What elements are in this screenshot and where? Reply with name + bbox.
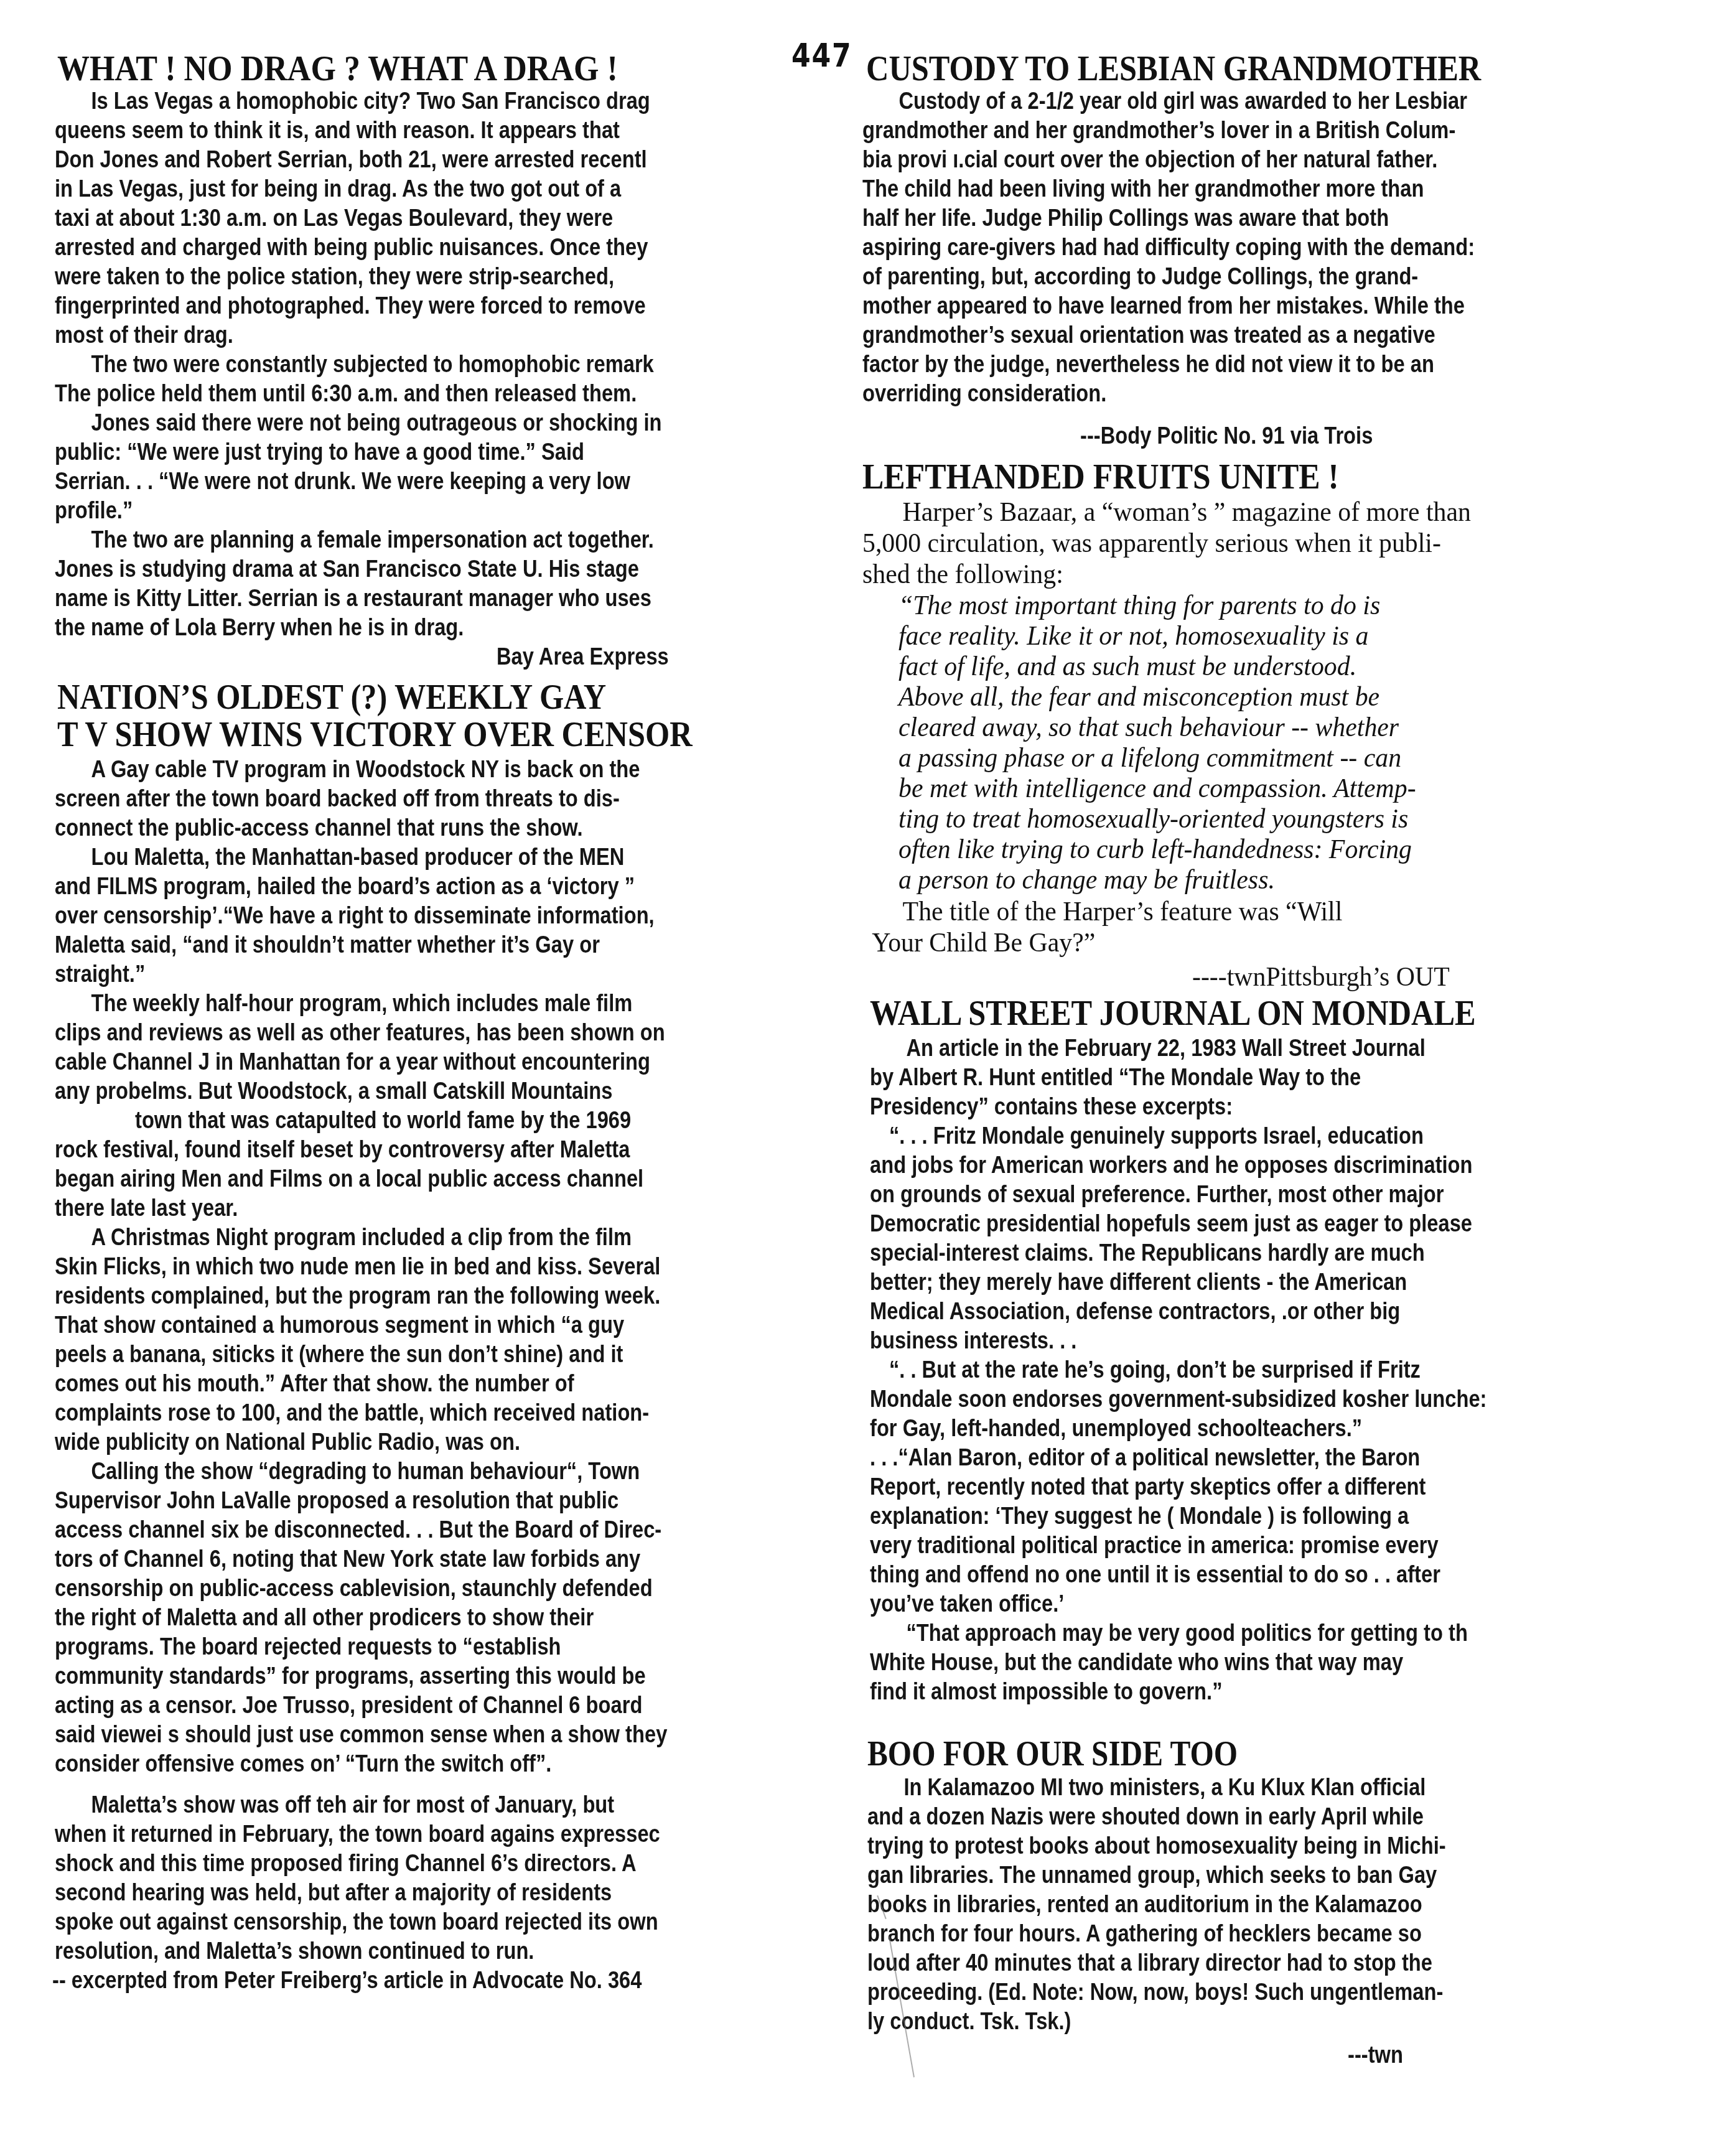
text-line: Report, recently noted that party skepti… [870, 1473, 1543, 1502]
lefthanded-closing: The title of the Harper’s feature was “W… [862, 896, 1653, 958]
text-line: The child had been living with her grand… [862, 175, 1542, 204]
text-line: That show contained a humorous segment i… [55, 1311, 713, 1340]
text-line: very traditional political practice in a… [870, 1531, 1543, 1561]
text-line: resolution, and Maletta’s shown continue… [55, 1937, 713, 1966]
text-line: explanation: ‘They suggest he ( Mondale … [870, 1502, 1543, 1531]
mondale-paragraph-1: An article in the February 22, 1983 Wall… [870, 1034, 1653, 1122]
text-line: branch for four hours. A gathering of he… [867, 1920, 1542, 1949]
text-line: clips and reviews as well as other featu… [55, 1019, 713, 1048]
text-line: White House, but the candidate who wins … [870, 1648, 1543, 1678]
quote-line: cleared away, so that such behaviour -- … [898, 712, 1615, 742]
text-line: for Gay, left-handed, unemployed schoolt… [870, 1414, 1543, 1444]
text-line: The police held them until 6:30 a.m. and… [55, 380, 713, 409]
text-line: The title of the Harper’s feature was “W… [862, 896, 1613, 927]
text-line: special-interest claims. The Republicans… [870, 1239, 1543, 1268]
quote-line: ting to treat homosexually-oriented youn… [898, 803, 1615, 834]
text-line: there late last year. [55, 1194, 713, 1223]
tv-paragraph-2: Lou Maletta, the Manhattan-based produce… [55, 843, 820, 989]
text-line: access channel six be disconnected. . . … [55, 1516, 713, 1545]
text-line: taxi at about 1:30 a.m. on Las Vegas Bou… [55, 204, 713, 233]
text-line: peels a banana, siticks it (where the su… [55, 1340, 713, 1370]
text-line: wide publicity on National Public Radio,… [55, 1428, 713, 1457]
quote-line: face reality. Like it or not, homosexual… [898, 620, 1615, 651]
text-line: trying to protest books about homosexual… [867, 1832, 1542, 1861]
lefthanded-intro: Harper’s Bazaar, a “woman’s ” magazine o… [862, 497, 1653, 590]
text-line: Your Child Be Gay?” [862, 927, 1613, 958]
text-line: business interests. . . [870, 1327, 1543, 1356]
text-line: when it returned in February, the town b… [55, 1820, 713, 1849]
text-line: profile.” [55, 497, 713, 526]
page-number: 447 [791, 37, 852, 75]
text-line: of parenting, but, according to Judge Co… [862, 263, 1542, 292]
text-line: gan libraries. The unnamed group, which … [867, 1861, 1542, 1890]
tv-paragraph-5: Calling the show “degrading to human beh… [55, 1457, 820, 1779]
text-line: censorship on public-access cablevision,… [55, 1574, 713, 1604]
quote-line: fact of life, and as such must be unders… [898, 651, 1615, 681]
text-line: Maletta’s show was off teh air for most … [55, 1791, 713, 1820]
text-line: public: “We were just trying to have a g… [55, 438, 713, 467]
text-line: The two are planning a female impersonat… [55, 526, 713, 555]
text-line: Jones said there were not being outrageo… [55, 409, 713, 438]
text-line: Custody of a 2-1/2 year old girl was awa… [862, 87, 1542, 116]
text-line: Supervisor John LaValle proposed a resol… [55, 1487, 713, 1516]
text-line: shed the following: [862, 559, 1613, 590]
text-line: said viewei s should just use common sen… [55, 1721, 713, 1750]
mondale-paragraph-4: “That approach may be very good politics… [870, 1619, 1653, 1707]
headline-custody: CUSTODY TO LESBIAN GRANDMOTHER [866, 51, 1481, 87]
text-line: connect the public-access channel that r… [55, 814, 713, 843]
text-line: rock festival, found itself beset by con… [55, 1136, 713, 1165]
text-line: cable Channel J in Manhattan for a year … [55, 1048, 713, 1077]
quote-line: “The most important thing for parents to… [898, 590, 1615, 620]
text-line: spoke out against censorship, the town b… [55, 1908, 713, 1937]
source-credit-bay-area-express: Bay Area Express [497, 643, 669, 672]
text-line: fingerprinted and photographed. They wer… [55, 292, 713, 321]
text-line: Medical Association, defense contractors… [870, 1297, 1543, 1327]
text-line: residents complained, but the program ra… [55, 1282, 713, 1311]
text-line: shock and this time proposed firing Chan… [55, 1849, 713, 1879]
text-line: Harper’s Bazaar, a “woman’s ” magazine o… [862, 497, 1613, 528]
text-line: complaints rose to 100, and the battle, … [55, 1399, 713, 1428]
text-line: better; they merely have different clien… [870, 1268, 1543, 1297]
text-line: bia provi ı.cial court over the objectio… [862, 146, 1542, 175]
drag-paragraph-2: The two were constantly subjected to hom… [55, 350, 820, 409]
text-line: mother appeared to have learned from her… [862, 292, 1542, 321]
text-line: consider offensive comes on’ “Turn the s… [55, 1750, 713, 1779]
source-credit-pittsburghs-out: ----twnPittsburgh’s OUT [1192, 961, 1450, 993]
text-line: and FILMS program, hailed the board’s ac… [55, 872, 713, 902]
text-line: find it almost impossible to govern.” [870, 1678, 1543, 1707]
text-line: and a dozen Nazis were shouted down in e… [867, 1803, 1542, 1832]
text-line: and jobs for American workers and he opp… [870, 1151, 1543, 1180]
boo-paragraph-1: In Kalamazoo MI two ministers, a Ku Klux… [867, 1773, 1653, 2037]
text-line: on grounds of sexual preference. Further… [870, 1180, 1543, 1210]
tv-paragraph-4: A Christmas Night program included a cli… [55, 1223, 820, 1457]
tv-paragraph-6: Maletta’s show was off teh air for most … [55, 1791, 820, 1966]
text-line: ly conduct. Tsk. Tsk.) [867, 2007, 1542, 2037]
harpers-quote: “The most important thing for parents to… [898, 590, 1653, 895]
text-line: straight.” [55, 960, 713, 989]
text-line: programs. The board rejected requests to… [55, 1633, 713, 1662]
text-line: Calling the show “degrading to human beh… [55, 1457, 713, 1487]
text-line: loud after 40 minutes that a library dir… [867, 1949, 1542, 1978]
text-line: Serrian. . . “We were not drunk. We were… [55, 467, 713, 497]
text-line: “That approach may be very good politics… [870, 1619, 1543, 1648]
quote-line: often like trying to curb left-handednes… [898, 834, 1615, 864]
text-line: name is Kitty Litter. Serrian is a resta… [55, 584, 713, 614]
source-credit-body-politic: ---Body Politic No. 91 via Trois [1080, 422, 1373, 451]
text-line: most of their drag. [55, 321, 713, 350]
text-line: The two were constantly subjected to hom… [55, 350, 713, 380]
text-line: over censorship’.“We have a right to dis… [55, 902, 713, 931]
text-line: Skin Flicks, in which two nude men lie i… [55, 1253, 713, 1282]
text-line: second hearing was held, but after a maj… [55, 1879, 713, 1908]
text-line: 5,000 circulation, was apparently seriou… [862, 528, 1613, 559]
text-line: An article in the February 22, 1983 Wall… [870, 1034, 1543, 1063]
text-line: A Christmas Night program included a cli… [55, 1223, 713, 1253]
headline-boo-for-our-side: BOO FOR OUR SIDE TOO [867, 1736, 1238, 1772]
text-line: any probelms. But Woodstock, a small Cat… [55, 1077, 713, 1106]
drag-paragraph-4: The two are planning a female impersonat… [55, 526, 820, 643]
quote-line: a passing phase or a lifelong commitment… [898, 742, 1615, 773]
custody-paragraph-1: Custody of a 2-1/2 year old girl was awa… [862, 87, 1653, 409]
text-line: thing and offend no one until it is esse… [870, 1561, 1543, 1590]
text-line: the right of Maletta and all other prodi… [55, 1604, 713, 1633]
text-line: overriding consideration. [862, 380, 1542, 409]
mondale-paragraph-3: “. . But at the rate he’s going, don’t b… [870, 1356, 1653, 1619]
text-line: books in libraries, rented an auditorium… [867, 1890, 1542, 1920]
text-line: acting as a censor. Joe Trusso, presiden… [55, 1691, 713, 1721]
text-line: the name of Lola Berry when he is in dra… [55, 614, 713, 643]
text-line: screen after the town board backed off f… [55, 785, 713, 814]
tv-paragraph-3: The weekly half-hour program, which incl… [55, 989, 820, 1223]
text-line: Presidency” contains these excerpts: [870, 1093, 1543, 1122]
text-line: town that was catapulted to world fame b… [55, 1106, 713, 1136]
tv-paragraph-1: A Gay cable TV program in Woodstock NY i… [55, 755, 820, 843]
drag-paragraph-3: Jones said there were not being outrageo… [55, 409, 820, 526]
text-line: Lou Maletta, the Manhattan-based produce… [55, 843, 713, 872]
newsletter-page: 447 WHAT ! NO DRAG ? WHAT A DRAG ! Is La… [0, 0, 1736, 2130]
headline-lefthanded-fruits: LEFTHANDED FRUITS UNITE ! [862, 459, 1339, 495]
text-line: Democratic presidential hopefuls seem ju… [870, 1210, 1543, 1239]
headline-nations-oldest-line-2: T V SHOW WINS VICTORY OVER CENSOR [57, 717, 693, 753]
quote-line: Above all, the fear and misconception mu… [898, 681, 1615, 712]
text-line: Maletta said, “and it shouldn’t matter w… [55, 931, 713, 960]
headline-nations-oldest-line-1: NATION’S OLDEST (?) WEEKLY GAY [57, 680, 606, 716]
text-line: . . .“Alan Baron, editor of a political … [870, 1444, 1543, 1473]
text-line: community standards” for programs, asser… [55, 1662, 713, 1691]
text-line: Mondale soon endorses government-subsidi… [870, 1385, 1543, 1414]
text-line: In Kalamazoo MI two ministers, a Ku Klux… [867, 1773, 1542, 1803]
text-line: queens seem to think it is, and with rea… [55, 116, 713, 146]
quote-line: a person to change may be fruitless. [898, 864, 1615, 895]
text-line: Is Las Vegas a homophobic city? Two San … [55, 87, 713, 116]
text-line: tors of Channel 6, noting that New York … [55, 1545, 713, 1574]
text-line: you’ve taken office.’ [870, 1590, 1543, 1619]
text-line: “. . . Fritz Mondale genuinely supports … [870, 1122, 1543, 1151]
quote-line: be met with intelligence and compassion.… [898, 773, 1615, 803]
text-line: in Las Vegas, just for being in drag. As… [55, 175, 713, 204]
text-line: “. . But at the rate he’s going, don’t b… [870, 1356, 1543, 1385]
source-credit-advocate: -- excerpted from Peter Freiberg’s artic… [52, 1966, 642, 1996]
text-line: comes out his mouth.” After that show. t… [55, 1370, 713, 1399]
text-line: by Albert R. Hunt entitled “The Mondale … [870, 1063, 1543, 1093]
text-line: arrested and charged with being public n… [55, 233, 713, 263]
text-line: Jones is studying drama at San Francisco… [55, 555, 713, 584]
text-line: grandmother and her grandmother’s lover … [862, 116, 1542, 146]
drag-paragraph-1: Is Las Vegas a homophobic city? Two San … [55, 87, 820, 350]
text-line: aspiring care-givers had had difficulty … [862, 233, 1542, 263]
text-line: Don Jones and Robert Serrian, both 21, w… [55, 146, 713, 175]
headline-what-no-drag: WHAT ! NO DRAG ? WHAT A DRAG ! [57, 51, 618, 87]
text-line: A Gay cable TV program in Woodstock NY i… [55, 755, 713, 785]
source-credit-twn: ---twn [1348, 2041, 1403, 2070]
text-line: were taken to the police station, they w… [55, 263, 713, 292]
mondale-paragraph-2: “. . . Fritz Mondale genuinely supports … [870, 1122, 1653, 1356]
headline-wall-street-journal: WALL STREET JOURNAL ON MONDALE [870, 996, 1476, 1032]
text-line: began airing Men and Films on a local pu… [55, 1165, 713, 1194]
text-line: factor by the judge, nevertheless he did… [862, 350, 1542, 380]
text-line: The weekly half-hour program, which incl… [55, 989, 713, 1019]
text-line: grandmother’s sexual orientation was tre… [862, 321, 1542, 350]
text-line: proceeding. (Ed. Note: Now, now, boys! S… [867, 1978, 1542, 2007]
text-line: half her life. Judge Philip Collings was… [862, 204, 1542, 233]
